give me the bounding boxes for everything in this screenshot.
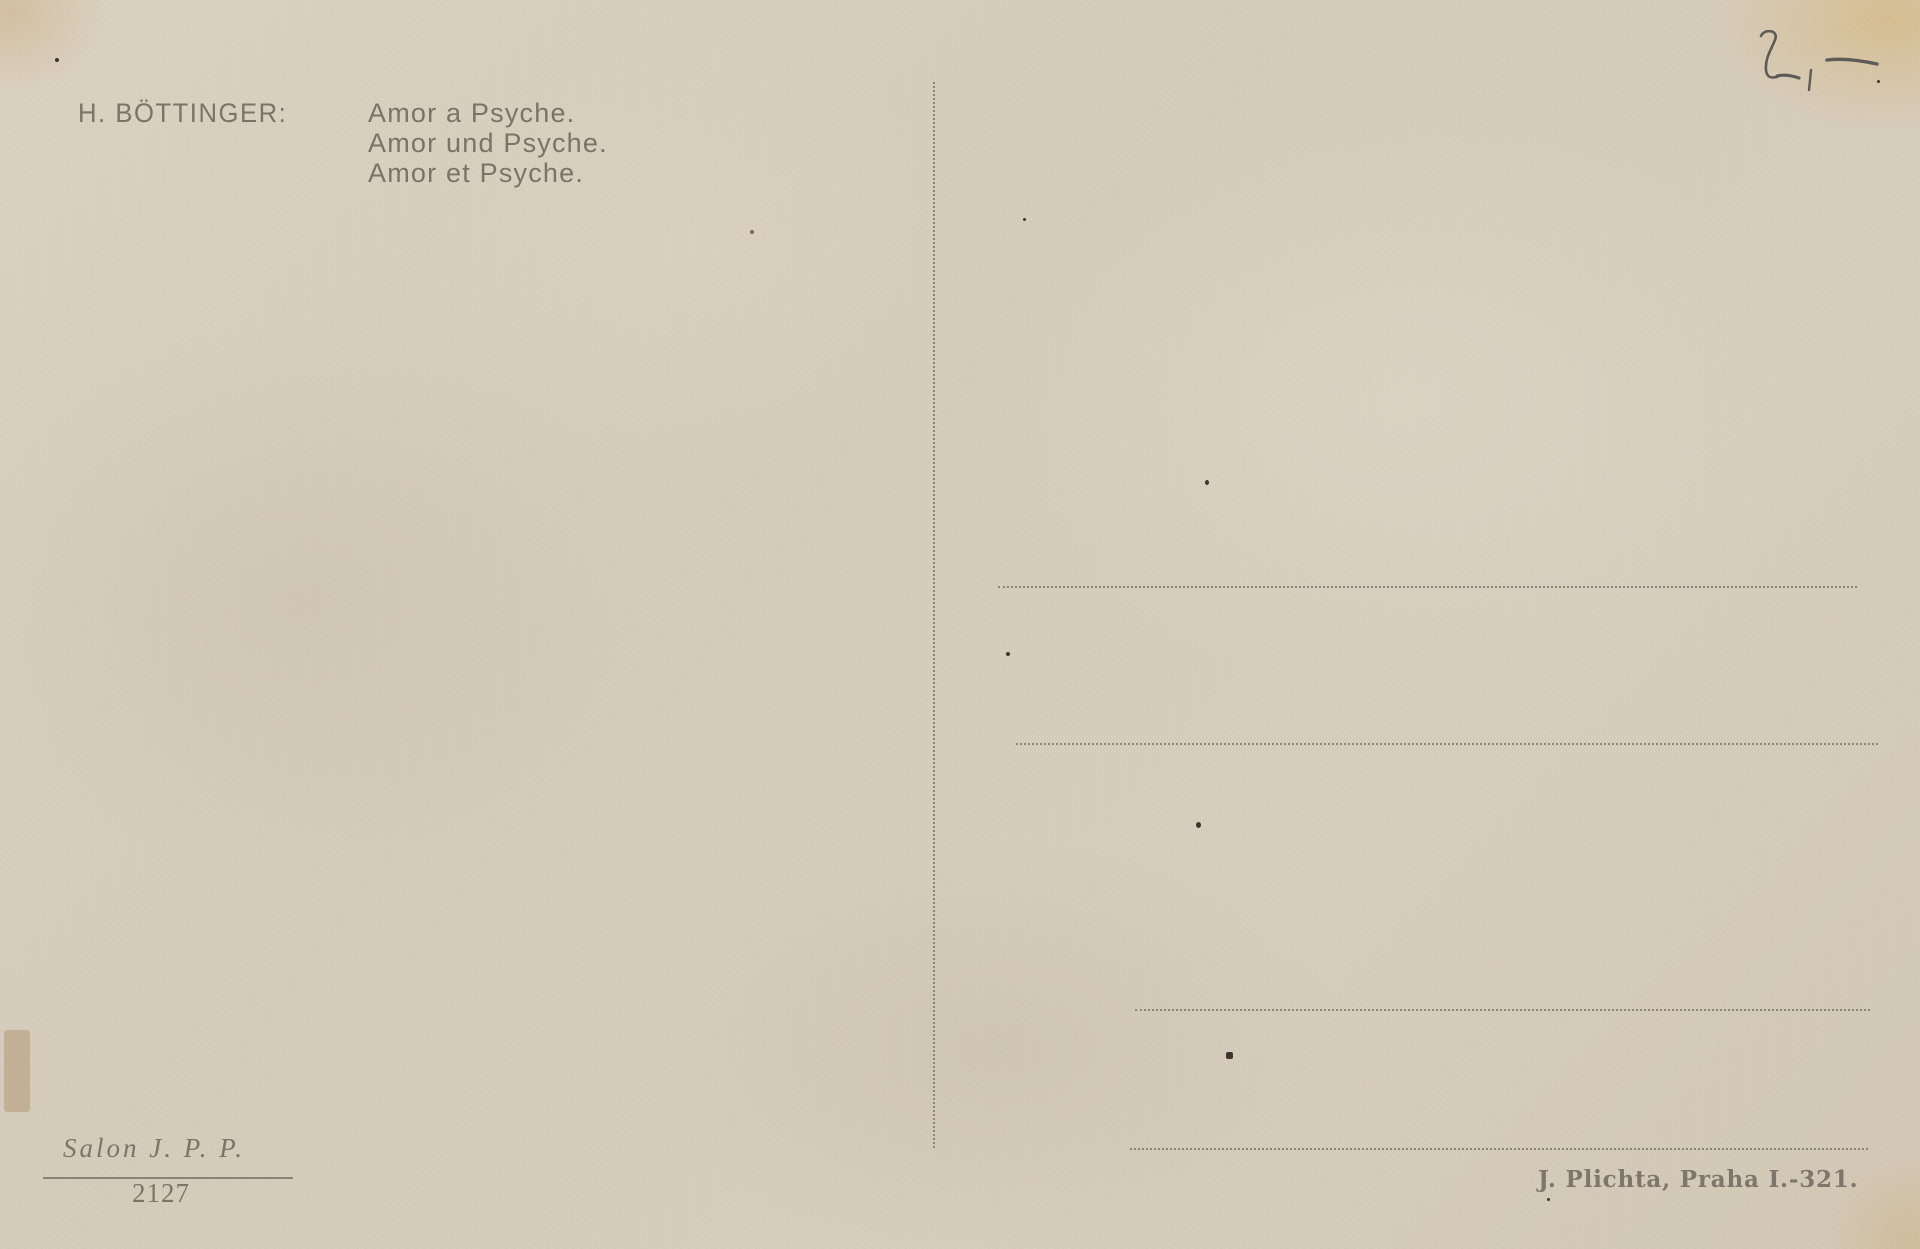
title-german: Amor und Psyche. <box>368 128 608 158</box>
artist-name: H. BÖTTINGER: <box>78 98 287 128</box>
series-label: Salon J. P. P. <box>63 1133 245 1164</box>
paper-speck <box>1006 652 1010 656</box>
publisher-imprint: J. Plichta, Praha I.-321. <box>1538 1166 1858 1193</box>
series-number: 2127 <box>132 1178 190 1209</box>
address-line-4 <box>1130 1148 1868 1150</box>
paper-speck <box>750 230 754 234</box>
title-czech: Amor a Psyche. <box>368 98 608 128</box>
address-line-2 <box>1016 743 1878 745</box>
postcard-back: H. BÖTTINGER: Amor a Psyche. Amor und Ps… <box>0 0 1920 1249</box>
center-divider <box>933 82 935 1148</box>
paper-texture <box>0 0 1920 1249</box>
paper-speck <box>1547 1198 1550 1201</box>
artwork-titles: Amor a Psyche. Amor und Psyche. Amor et … <box>368 98 608 188</box>
handwritten-price-mark <box>1755 30 1895 100</box>
address-line-1 <box>998 586 1857 588</box>
title-french: Amor et Psyche. <box>368 158 608 188</box>
edge-stain <box>4 1030 30 1112</box>
address-line-3 <box>1135 1009 1870 1011</box>
paper-speck <box>1196 822 1201 828</box>
paper-speck <box>55 58 59 62</box>
paper-speck <box>1205 480 1209 485</box>
paper-speck <box>1023 218 1026 221</box>
paper-speck <box>1226 1052 1233 1059</box>
